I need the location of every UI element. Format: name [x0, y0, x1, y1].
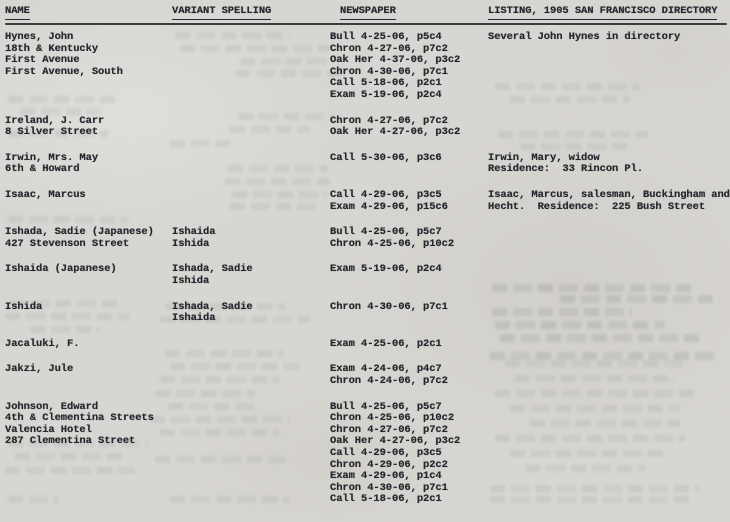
name-line: 427 Stevenson Street [5, 239, 172, 251]
newspaper-line: Oak Her 4-27-06, p3c2 [330, 127, 488, 139]
entry-row: Hynes, John18th & KentuckyFirst AvenueFi… [5, 32, 730, 102]
variant-cell [172, 339, 330, 351]
listing-cell: Several John Hynes in directory [488, 32, 730, 102]
newspaper-cell: Chron 4-27-06, p7c2Oak Her 4-27-06, p3c2 [330, 116, 488, 139]
listing-cell: Isaac, Marcus, salesman, Buckingham andH… [488, 190, 730, 213]
name-cell: Hynes, John18th & KentuckyFirst AvenueFi… [5, 32, 172, 102]
entries-container: Hynes, John18th & KentuckyFirst AvenueFi… [5, 32, 730, 506]
name-cell: Irwin, Mrs. May6th & Howard [5, 153, 172, 176]
header-name: NAME [5, 6, 30, 20]
newspaper-line: Exam 4-29-06, p1c4 [330, 471, 488, 483]
listing-line: Hecht. Residence: 225 Bush Street [488, 202, 730, 214]
name-line: Ishaida (Japanese) [5, 264, 172, 276]
newspaper-line: Chron 4-30-06, p7c1 [330, 302, 488, 314]
name-line: 287 Clementina Street [5, 436, 172, 448]
newspaper-cell: Bull 4-25-06, p5c4Chron 4-27-06, p7c2Oak… [330, 32, 488, 102]
name-cell: Ishida [5, 302, 172, 325]
newspaper-cell: Call 5-30-06, p3c6 [330, 153, 488, 176]
entry-row: Ishada, Sadie (Japanese)427 Stevenson St… [5, 227, 730, 250]
name-cell: Jacaluki, F. [5, 339, 172, 351]
newspaper-cell: Chron 4-30-06, p7c1 [330, 302, 488, 325]
variant-cell [172, 153, 330, 176]
listing-line: Residence: 33 Rincon Pl. [488, 164, 730, 176]
name-line: Isaac, Marcus [5, 190, 172, 202]
header-listing-directory: LISTING, 1905 SAN FRANCISCO DIRECTORY [488, 6, 717, 20]
newspaper-cell: Exam 4-24-06, p4c7Chron 4-24-06, p7c2 [330, 364, 488, 387]
variant-line: Ishida [172, 276, 330, 288]
newspaper-line: Exam 4-25-06, p2c1 [330, 339, 488, 351]
listing-cell [488, 339, 730, 351]
variant-cell [172, 116, 330, 139]
name-line: 4th & Clementina Streets [5, 413, 172, 425]
variant-cell: Ishada, SadieIshida [172, 264, 330, 287]
listing-cell [488, 116, 730, 139]
variant-line: Ishaida [172, 313, 330, 325]
listing-cell [488, 302, 730, 325]
table-header-row: NAME VARIANT SPELLING NEWSPAPER LISTING,… [5, 6, 730, 20]
variant-cell [172, 402, 330, 506]
name-line: First Avenue, South [5, 67, 172, 79]
name-line: Ishida [5, 302, 172, 314]
name-cell: Isaac, Marcus [5, 190, 172, 213]
newspaper-cell: Exam 4-25-06, p2c1 [330, 339, 488, 351]
name-cell: Jakzi, Jule [5, 364, 172, 387]
newspaper-line: Chron 4-25-06, p10c2 [330, 413, 488, 425]
newspaper-line: Call 4-29-06, p3c5 [330, 448, 488, 460]
header-variant-spelling: VARIANT SPELLING [172, 6, 271, 20]
name-line: 8 Silver Street [5, 127, 172, 139]
entry-row: Isaac, MarcusCall 4-29-06, p3c5Exam 4-29… [5, 190, 730, 213]
variant-cell [172, 364, 330, 387]
listing-cell [488, 402, 730, 506]
entry-row: Johnson, Edward4th & Clementina StreetsV… [5, 402, 730, 506]
name-cell: Johnson, Edward4th & Clementina StreetsV… [5, 402, 172, 506]
newspaper-line: Bull 4-25-06, p5c4 [330, 32, 488, 44]
newspaper-cell: Bull 4-25-06, p5c7Chron 4-25-06, p10c2Ch… [330, 402, 488, 506]
variant-cell: Ishada, SadieIshaida [172, 302, 330, 325]
document-page: NAME VARIANT SPELLING NEWSPAPER LISTING,… [0, 0, 730, 522]
listing-line: Several John Hynes in directory [488, 32, 730, 44]
header-newspaper: NEWSPAPER [340, 6, 396, 20]
name-line: Jakzi, Jule [5, 364, 172, 376]
variant-line: Ishida [172, 239, 330, 251]
name-cell: Ireland, J. Carr8 Silver Street [5, 116, 172, 139]
variant-cell: IshaidaIshida [172, 227, 330, 250]
listing-cell [488, 264, 730, 287]
name-cell: Ishaida (Japanese) [5, 264, 172, 287]
name-line: 6th & Howard [5, 164, 172, 176]
newspaper-line: Call 4-29-06, p3c5 [330, 190, 488, 202]
name-line: Jacaluki, F. [5, 339, 172, 351]
name-cell: Ishada, Sadie (Japanese)427 Stevenson St… [5, 227, 172, 250]
header-rule [5, 23, 727, 26]
listing-line: Isaac, Marcus, salesman, Buckingham and [488, 190, 730, 202]
entry-row: Ireland, J. Carr8 Silver StreetChron 4-2… [5, 116, 730, 139]
newspaper-line: Call 5-30-06, p3c6 [330, 153, 488, 165]
name-line: Hynes, John [5, 32, 172, 44]
newspaper-cell: Bull 4-25-06, p5c7Chron 4-25-06, p10c2 [330, 227, 488, 250]
newspaper-cell: Exam 5-19-06, p2c4 [330, 264, 488, 287]
newspaper-line: Exam 4-29-06, p15c6 [330, 202, 488, 214]
listing-cell: Irwin, Mary, widowResidence: 33 Rincon P… [488, 153, 730, 176]
entry-row: IshidaIshada, SadieIshaidaChron 4-30-06,… [5, 302, 730, 325]
listing-cell [488, 227, 730, 250]
entry-row: Jakzi, JuleExam 4-24-06, p4c7Chron 4-24-… [5, 364, 730, 387]
entry-row: Jacaluki, F.Exam 4-25-06, p2c1 [5, 339, 730, 351]
variant-cell [172, 190, 330, 213]
variant-cell [172, 32, 330, 102]
newspaper-cell: Call 4-29-06, p3c5Exam 4-29-06, p15c6 [330, 190, 488, 213]
entry-row: Irwin, Mrs. May6th & HowardCall 5-30-06,… [5, 153, 730, 176]
newspaper-line: Chron 4-25-06, p10c2 [330, 239, 488, 251]
newspaper-line: Exam 5-19-06, p2c4 [330, 90, 488, 102]
listing-cell [488, 364, 730, 387]
entry-row: Ishaida (Japanese)Ishada, SadieIshidaExa… [5, 264, 730, 287]
newspaper-line: Chron 4-24-06, p7c2 [330, 376, 488, 388]
newspaper-line: Exam 5-19-06, p2c4 [330, 264, 488, 276]
newspaper-line: Call 5-18-06, p2c1 [330, 494, 488, 506]
